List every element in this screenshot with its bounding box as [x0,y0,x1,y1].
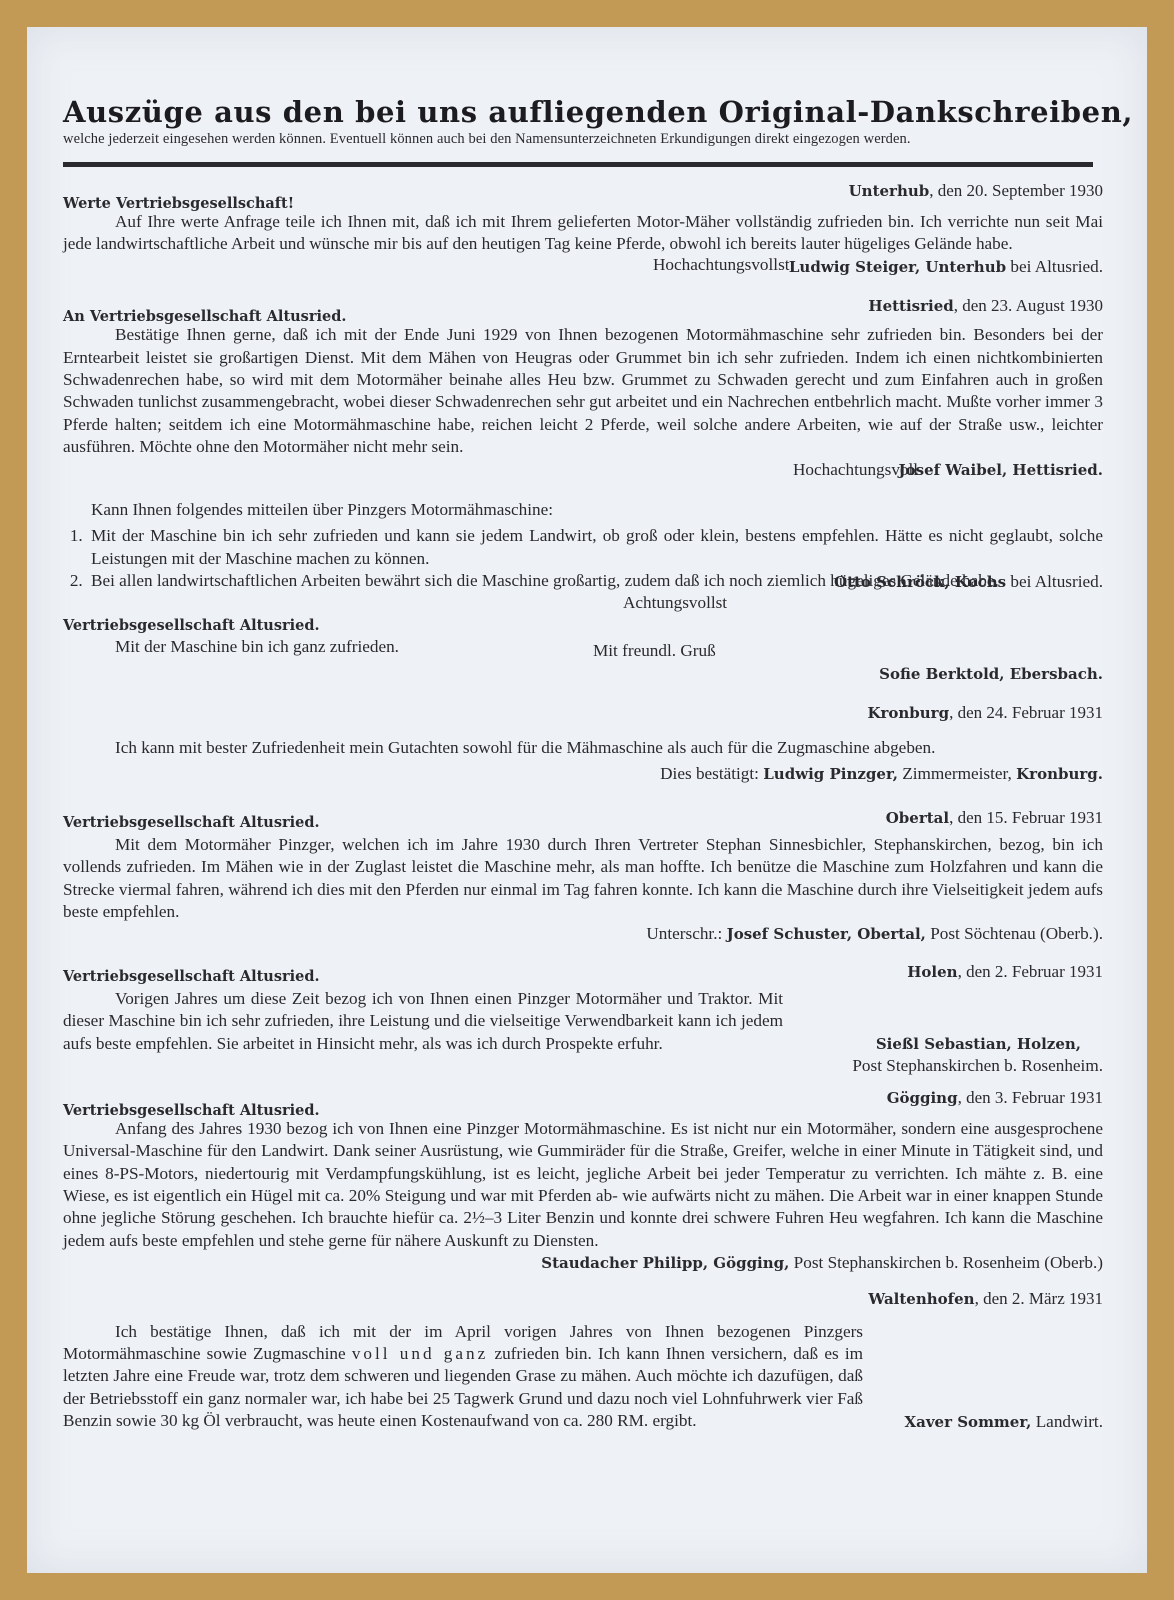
salutation: An Vertriebsgesellschaft Altusried. [63,308,346,325]
signature: Sofie Berktold, Ebersbach. [63,663,1103,685]
letter-unterhub: Werte Vertriebsgesellschaft! Unterhub, d… [63,181,1103,278]
signature: Ludwig Steiger, Unterhub bei Altusried. [63,256,1103,278]
salutation: Werte Vertriebsgesellschaft! [63,195,294,212]
letter-body: Mit dem Motormäher Pinzger, welchen ich … [63,834,1103,924]
place-date: Unterhub, den 20. September 1930 [849,181,1103,201]
closing: Achtungsvollst [623,593,727,613]
signature-address: Post Stephanskirchen b. Rosenheim. [63,1055,1103,1077]
letter-ebersbach: Vertriebsgesellschaft Altusried. Mit der… [63,617,1103,685]
letter-holen: Vertriebsgesellschaft Altusried. Holen, … [63,962,1103,1078]
salutation: Vertriebsgesellschaft Altusried. [63,1102,320,1119]
letter-kochs: Kann Ihnen folgendes mitteilen über Pinz… [63,499,1103,593]
place-date: Obertal, den 15. Februar 1931 [886,808,1103,828]
letter-body: Ich kann mit bester Zufriedenheit mein G… [63,737,1103,759]
letter-obertal: Vertriebsgesellschaft Altusried. Obertal… [63,808,1103,946]
signature: Staudacher Philipp, Gögging, Post Stepha… [63,1252,1103,1274]
page-title: Auszüge aus den bei uns aufliegenden Ori… [63,95,1103,129]
salutation: Vertriebsgesellschaft Altusried. [63,968,320,985]
closing: Hochachtungsvollst [653,255,790,275]
letter-goegging: Vertriebsgesellschaft Altusried. Gögging… [63,1088,1103,1275]
page-subtitle: welche jederzeit eingesehen werden könne… [63,131,1103,148]
place-date: Hettisried, den 23. August 1930 [868,296,1103,316]
letter-intro: Kann Ihnen folgendes mitteilen über Pinz… [63,499,1103,521]
list-item: Mit der Maschine bin ich sehr zufrieden … [87,525,1103,570]
place-date: Holen, den 2. Februar 1931 [907,962,1103,982]
document-page: Auszüge aus den bei uns aufliegenden Ori… [27,27,1147,1573]
place-date: Gögging, den 3. Februar 1931 [887,1088,1103,1108]
signature: Unterschr.: Josef Schuster, Obertal, Pos… [63,923,1103,945]
signature: Dies bestätigt: Ludwig Pinzger, Zimmerme… [63,763,1103,785]
letter-body: Auf Ihre werte Anfrage teile ich Ihnen m… [63,211,1103,256]
salutation: Vertriebsgesellschaft Altusried. [63,617,1103,634]
letter-body: Bestätige Ihnen gerne, daß ich mit der E… [63,324,1103,458]
salutation: Vertriebsgesellschaft Altusried. [63,814,320,831]
signature: Josef Waibel, Hettisried. [63,459,1103,481]
letter-waltenhofen: Waltenhofen, den 2. März 1931 Ich bestät… [63,1289,1103,1433]
title-rule [63,162,1093,167]
letter-hettisried: An Vertriebsgesellschaft Altusried. Hett… [63,296,1103,481]
letter-kronburg: Kronburg, den 24. Februar 1931 Ich kann … [63,703,1103,786]
letter-body: Mit der Maschine bin ich ganz zufrieden. [63,636,1103,658]
place-date: Kronburg, den 24. Februar 1931 [867,703,1103,723]
closing: Mit freundl. Gruß [593,641,716,661]
place-date: Waltenhofen, den 2. März 1931 [868,1289,1103,1309]
document-content: Auszüge aus den bei uns aufliegenden Ori… [63,67,1103,1433]
closing: Hochachtungsvoll [793,460,918,480]
letter-body: Anfang des Jahres 1930 bezog ich von Ihn… [63,1118,1103,1252]
